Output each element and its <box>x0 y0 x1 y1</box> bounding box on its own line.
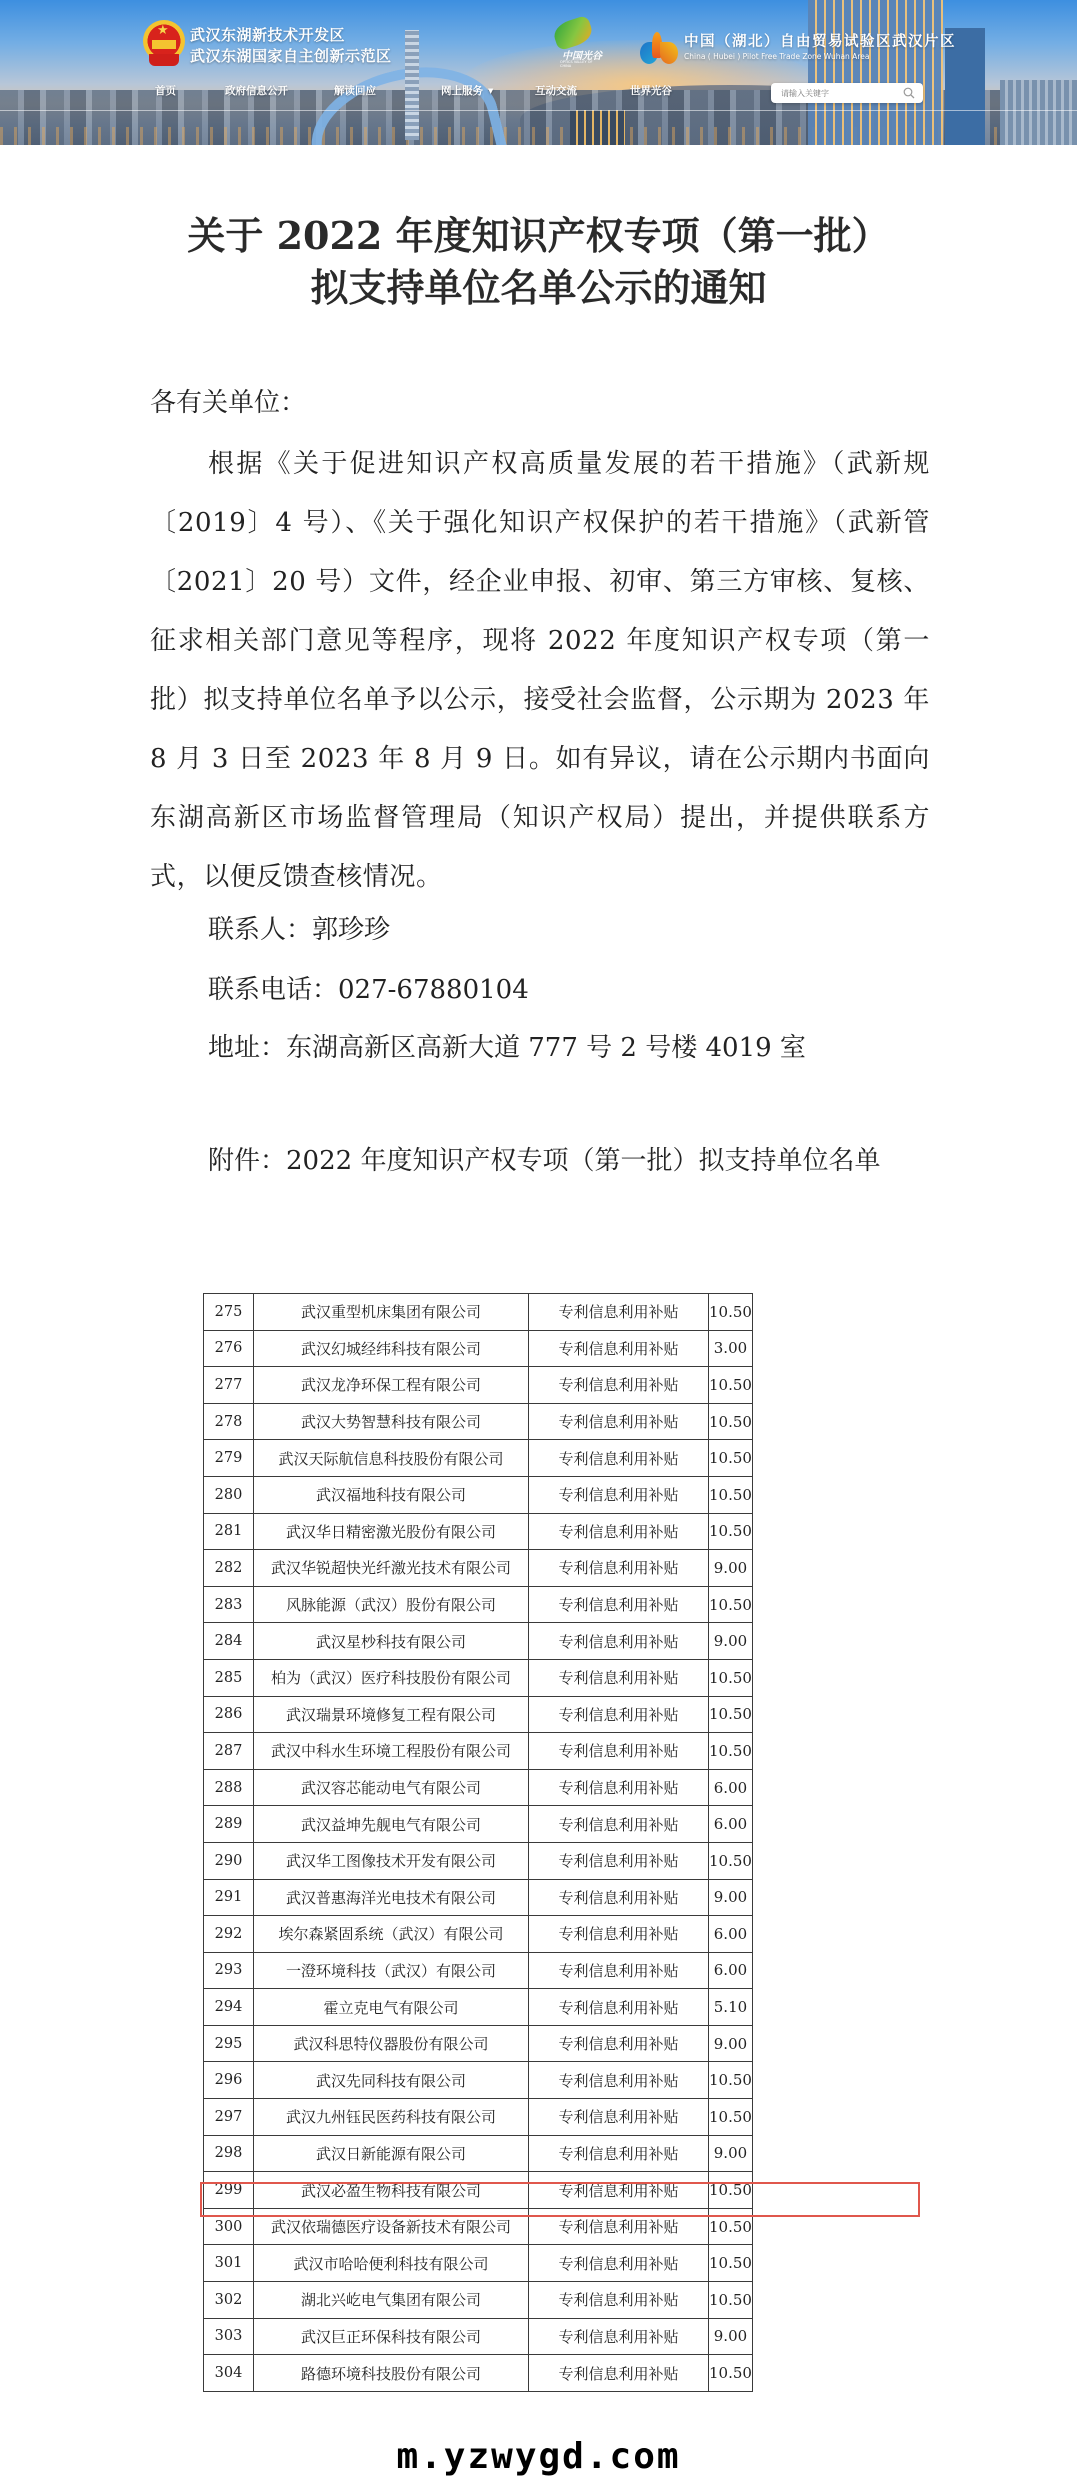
subsidy-type: 专利信息利用补贴 <box>529 2025 709 2062</box>
nav-item-online-services[interactable]: 网上服务▼ <box>441 83 493 98</box>
row-number: 277 <box>204 1367 254 1404</box>
company-name: 武汉日新能源有限公司 <box>254 2135 529 2172</box>
subsidy-type: 专利信息利用补贴 <box>529 1623 709 1660</box>
subsidy-type: 专利信息利用补贴 <box>529 1769 709 1806</box>
optics-valley-logo-icon[interactable]: 中国光谷 OPTICS VALLEY OF CHINA <box>548 12 604 66</box>
row-number: 297 <box>204 2099 254 2136</box>
company-name: 武汉华工图像技术开发有限公司 <box>254 1842 529 1879</box>
notice-body: 根据《关于促进知识产权高质量发展的若干措施》（武新规〔2019〕4 号）、《关于… <box>150 435 930 907</box>
table-row: 284武汉星杪科技有限公司专利信息利用补贴9.00 <box>204 1623 753 1660</box>
company-name: 武汉幻城经纬科技有限公司 <box>254 1330 529 1367</box>
table-row: 294霍立克电气有限公司专利信息利用补贴5.10 <box>204 1989 753 2026</box>
page-title-line1: 关于 2022 年度知识产权专项（第一批） <box>0 210 1077 262</box>
subsidy-type: 专利信息利用补贴 <box>529 1842 709 1879</box>
table-row: 292埃尔森紧固系统（武汉）有限公司专利信息利用补贴6.00 <box>204 1916 753 1953</box>
table-row: 297武汉九州钰民医药科技有限公司专利信息利用补贴10.50 <box>204 2099 753 2136</box>
subsidy-type: 专利信息利用补贴 <box>529 2172 709 2209</box>
subsidy-amount: 10.50 <box>709 2172 753 2209</box>
subsidy-amount: 10.50 <box>709 2208 753 2245</box>
table-row: 302湖北兴屹电气集团有限公司专利信息利用补贴10.50 <box>204 2282 753 2319</box>
company-name: 武汉重型机床集团有限公司 <box>254 1294 529 1331</box>
nav-item-home[interactable]: 首页 <box>155 83 176 98</box>
free-trade-zone-logo-icon[interactable] <box>640 32 678 64</box>
table-row: 293一澄环境科技（武汉）有限公司专利信息利用补贴6.00 <box>204 1952 753 1989</box>
row-number: 281 <box>204 1513 254 1550</box>
row-number: 284 <box>204 1623 254 1660</box>
table-row: 281武汉华日精密激光股份有限公司专利信息利用补贴10.50 <box>204 1513 753 1550</box>
table-row: 279武汉天际航信息科技股份有限公司专利信息利用补贴10.50 <box>204 1440 753 1477</box>
subsidy-amount: 10.50 <box>709 2245 753 2282</box>
table-row: 289武汉益坤先舰电气有限公司专利信息利用补贴6.00 <box>204 1806 753 1843</box>
ftz-title-cn: 中国（湖北）自由贸易试验区武汉片区 <box>684 33 956 51</box>
subsidy-type: 专利信息利用补贴 <box>529 1513 709 1550</box>
subsidy-amount: 6.00 <box>709 1916 753 1953</box>
nav-item-world-optics-valley[interactable]: 世界光谷 <box>630 83 672 98</box>
chevron-down-icon: ▼ <box>488 87 493 95</box>
company-name: 霍立克电气有限公司 <box>254 1989 529 2026</box>
contact-phone: 联系电话：027-67880104 <box>208 970 988 1010</box>
subsidy-type: 专利信息利用补贴 <box>529 2318 709 2355</box>
page-title-line2: 拟支持单位名单公示的通知 <box>0 262 1077 314</box>
site-header-banner: ★ 武汉东湖新技术开发区 武汉东湖国家自主创新示范区 中国光谷 OPTICS V… <box>0 0 1077 145</box>
subsidy-type: 专利信息利用补贴 <box>529 1586 709 1623</box>
company-name: 湖北兴屹电气集团有限公司 <box>254 2282 529 2319</box>
row-number: 295 <box>204 2025 254 2062</box>
company-name: 武汉科思特仪器股份有限公司 <box>254 2025 529 2062</box>
row-number: 289 <box>204 1806 254 1843</box>
subsidy-type: 专利信息利用补贴 <box>529 1733 709 1770</box>
table-row: 301武汉市哈哈便利科技有限公司专利信息利用补贴10.50 <box>204 2245 753 2282</box>
company-name: 埃尔森紧固系统（武汉）有限公司 <box>254 1916 529 1953</box>
subsidy-amount: 10.50 <box>709 2062 753 2099</box>
subsidy-amount: 9.00 <box>709 1879 753 1916</box>
row-number: 301 <box>204 2245 254 2282</box>
subsidy-amount: 9.00 <box>709 2025 753 2062</box>
row-number: 296 <box>204 2062 254 2099</box>
national-emblem-icon[interactable]: ★ <box>143 20 185 66</box>
company-name: 武汉必盈生物科技有限公司 <box>254 2172 529 2209</box>
subsidy-type: 专利信息利用补贴 <box>529 1659 709 1696</box>
building <box>1000 80 1077 145</box>
company-name: 武汉九州钰民医药科技有限公司 <box>254 2099 529 2136</box>
row-number: 275 <box>204 1294 254 1331</box>
subsidy-amount: 9.00 <box>709 2135 753 2172</box>
subsidy-amount: 10.50 <box>709 1586 753 1623</box>
attachment-note: 附件：2022 年度知识产权专项（第一批）拟支持单位名单 <box>208 1132 930 1190</box>
table-row: 291武汉普惠海洋光电技术有限公司专利信息利用补贴9.00 <box>204 1879 753 1916</box>
table-row: 298武汉日新能源有限公司专利信息利用补贴9.00 <box>204 2135 753 2172</box>
subsidy-type: 专利信息利用补贴 <box>529 1550 709 1587</box>
support-list-table: 275武汉重型机床集团有限公司专利信息利用补贴10.50276武汉幻城经纬科技有… <box>203 1293 753 2392</box>
site-title-line2: 武汉东湖国家自主创新示范区 <box>190 46 392 67</box>
subsidy-amount: 9.00 <box>709 1623 753 1660</box>
nav-divider <box>0 110 1077 111</box>
subsidy-type: 专利信息利用补贴 <box>529 1879 709 1916</box>
table-row: 283风脉能源（武汉）股份有限公司专利信息利用补贴10.50 <box>204 1586 753 1623</box>
subsidy-type: 专利信息利用补贴 <box>529 1367 709 1404</box>
row-number: 304 <box>204 2355 254 2392</box>
subsidy-type: 专利信息利用补贴 <box>529 2062 709 2099</box>
table-row: 303武汉巨正环保科技有限公司专利信息利用补贴9.00 <box>204 2318 753 2355</box>
row-number: 279 <box>204 1440 254 1477</box>
subsidy-amount: 9.00 <box>709 2318 753 2355</box>
company-name: 武汉福地科技有限公司 <box>254 1476 529 1513</box>
row-number: 290 <box>204 1842 254 1879</box>
row-number: 298 <box>204 2135 254 2172</box>
subsidy-amount: 10.50 <box>709 2282 753 2319</box>
subsidy-type: 专利信息利用补贴 <box>529 2355 709 2392</box>
subsidy-type: 专利信息利用补贴 <box>529 2099 709 2136</box>
company-name: 风脉能源（武汉）股份有限公司 <box>254 1586 529 1623</box>
search-input[interactable] <box>781 85 896 101</box>
company-name: 一澄环境科技（武汉）有限公司 <box>254 1952 529 1989</box>
table-row: 304路德环境科技股份有限公司专利信息利用补贴10.50 <box>204 2355 753 2392</box>
row-number: 292 <box>204 1916 254 1953</box>
subsidy-amount: 6.00 <box>709 1769 753 1806</box>
row-number: 299 <box>204 2172 254 2209</box>
company-name: 武汉益坤先舰电气有限公司 <box>254 1806 529 1843</box>
subsidy-type: 专利信息利用补贴 <box>529 2245 709 2282</box>
nav-item-interaction[interactable]: 互动交流 <box>535 83 577 98</box>
subsidy-type: 专利信息利用补贴 <box>529 1696 709 1733</box>
company-name: 武汉瑞景环境修复工程有限公司 <box>254 1696 529 1733</box>
company-name: 武汉华锐超快光纤激光技术有限公司 <box>254 1550 529 1587</box>
subsidy-type: 专利信息利用补贴 <box>529 1916 709 1953</box>
subsidy-amount: 6.00 <box>709 1806 753 1843</box>
company-name: 武汉依瑞德医疗设备新技术有限公司 <box>254 2208 529 2245</box>
row-number: 302 <box>204 2282 254 2319</box>
row-number: 283 <box>204 1586 254 1623</box>
contact-address: 地址：东湖高新区高新大道 777 号 2 号楼 4019 室 <box>208 1028 988 1068</box>
table-row: 285柏为（武汉）医疗科技股份有限公司专利信息利用补贴10.50 <box>204 1659 753 1696</box>
salutation: 各有关单位： <box>150 383 930 423</box>
company-name: 武汉中科水生环境工程股份有限公司 <box>254 1733 529 1770</box>
optics-valley-logo-subtext: OPTICS VALLEY OF CHINA <box>560 60 604 68</box>
table-row: 280武汉福地科技有限公司专利信息利用补贴10.50 <box>204 1476 753 1513</box>
subsidy-amount: 10.50 <box>709 1476 753 1513</box>
subsidy-amount: 3.00 <box>709 1330 753 1367</box>
company-name: 武汉大势智慧科技有限公司 <box>254 1403 529 1440</box>
subsidy-type: 专利信息利用补贴 <box>529 1476 709 1513</box>
subsidy-amount: 10.50 <box>709 1403 753 1440</box>
table-row: 277武汉龙净环保工程有限公司专利信息利用补贴10.50 <box>204 1367 753 1404</box>
nav-item-gov-info[interactable]: 政府信息公开 <box>225 83 288 98</box>
company-name: 武汉普惠海洋光电技术有限公司 <box>254 1879 529 1916</box>
attachment-title: 2022 年度知识产权专项（第一批）拟支持单位名单 <box>286 1146 880 1176</box>
row-number: 294 <box>204 1989 254 2026</box>
row-number: 286 <box>204 1696 254 1733</box>
subsidy-type: 专利信息利用补贴 <box>529 1330 709 1367</box>
ftz-title-en: China ( Hubei ) Pilot Free Trade Zone Wu… <box>684 51 956 62</box>
company-name: 武汉先同科技有限公司 <box>254 2062 529 2099</box>
row-number: 293 <box>204 1952 254 1989</box>
subsidy-amount: 10.50 <box>709 1842 753 1879</box>
subsidy-amount: 10.50 <box>709 2355 753 2392</box>
subsidy-type: 专利信息利用补贴 <box>529 2208 709 2245</box>
search-box <box>771 83 923 103</box>
table-row: 286武汉瑞景环境修复工程有限公司专利信息利用补贴10.50 <box>204 1696 753 1733</box>
table-row: 282武汉华锐超快光纤激光技术有限公司专利信息利用补贴9.00 <box>204 1550 753 1587</box>
row-number: 303 <box>204 2318 254 2355</box>
company-name: 武汉容芯能动电气有限公司 <box>254 1769 529 1806</box>
table-row: 275武汉重型机床集团有限公司专利信息利用补贴10.50 <box>204 1294 753 1331</box>
subsidy-type: 专利信息利用补贴 <box>529 2282 709 2319</box>
subsidy-amount: 10.50 <box>709 1733 753 1770</box>
table-row: 276武汉幻城经纬科技有限公司专利信息利用补贴3.00 <box>204 1330 753 1367</box>
contact-person: 联系人：郭珍珍 <box>208 910 988 950</box>
company-name: 武汉市哈哈便利科技有限公司 <box>254 2245 529 2282</box>
site-title-line1: 武汉东湖新技术开发区 <box>190 25 392 46</box>
company-name: 武汉星杪科技有限公司 <box>254 1623 529 1660</box>
subsidy-amount: 10.50 <box>709 1696 753 1733</box>
search-icon[interactable] <box>903 87 915 99</box>
subsidy-type: 专利信息利用补贴 <box>529 1294 709 1331</box>
subsidy-amount: 10.50 <box>709 2099 753 2136</box>
row-number: 300 <box>204 2208 254 2245</box>
nav-item-interpretation[interactable]: 解读回应 <box>334 83 376 98</box>
row-number: 276 <box>204 1330 254 1367</box>
subsidy-amount: 6.00 <box>709 1952 753 1989</box>
row-number: 288 <box>204 1769 254 1806</box>
subsidy-type: 专利信息利用补贴 <box>529 1952 709 1989</box>
table-row-highlighted: 299武汉必盈生物科技有限公司专利信息利用补贴10.50 <box>204 2172 753 2209</box>
company-name: 路德环境科技股份有限公司 <box>254 2355 529 2392</box>
company-name: 武汉华日精密激光股份有限公司 <box>254 1513 529 1550</box>
row-number: 291 <box>204 1879 254 1916</box>
subsidy-amount: 10.50 <box>709 1294 753 1331</box>
attachment-label: 附件： <box>208 1146 286 1176</box>
site-title[interactable]: 武汉东湖新技术开发区 武汉东湖国家自主创新示范区 <box>190 25 392 67</box>
row-number: 280 <box>204 1476 254 1513</box>
page-title: 关于 2022 年度知识产权专项（第一批） 拟支持单位名单公示的通知 <box>0 210 1077 314</box>
company-name: 武汉龙净环保工程有限公司 <box>254 1367 529 1404</box>
building <box>570 110 625 145</box>
subsidy-type: 专利信息利用补贴 <box>529 1806 709 1843</box>
company-name: 柏为（武汉）医疗科技股份有限公司 <box>254 1659 529 1696</box>
subsidy-type: 专利信息利用补贴 <box>529 2135 709 2172</box>
subsidy-type: 专利信息利用补贴 <box>529 1989 709 2026</box>
subsidy-type: 专利信息利用补贴 <box>529 1403 709 1440</box>
subsidy-amount: 5.10 <box>709 1989 753 2026</box>
subsidy-amount: 10.50 <box>709 1367 753 1404</box>
building <box>808 0 943 145</box>
table-row: 287武汉中科水生环境工程股份有限公司专利信息利用补贴10.50 <box>204 1733 753 1770</box>
free-trade-zone-title[interactable]: 中国（湖北）自由贸易试验区武汉片区 China ( Hubei ) Pilot … <box>684 33 956 62</box>
subsidy-amount: 9.00 <box>709 1550 753 1587</box>
row-number: 282 <box>204 1550 254 1587</box>
table-row: 278武汉大势智慧科技有限公司专利信息利用补贴10.50 <box>204 1403 753 1440</box>
table-row: 290武汉华工图像技术开发有限公司专利信息利用补贴10.50 <box>204 1842 753 1879</box>
subsidy-amount: 10.50 <box>709 1440 753 1477</box>
row-number: 285 <box>204 1659 254 1696</box>
main-nav: 首页 政府信息公开 解读回应 网上服务▼ 互动交流 世界光谷 <box>0 83 760 103</box>
subsidy-amount: 10.50 <box>709 1659 753 1696</box>
subsidy-type: 专利信息利用补贴 <box>529 1440 709 1477</box>
table-row: 295武汉科思特仪器股份有限公司专利信息利用补贴9.00 <box>204 2025 753 2062</box>
company-name: 武汉巨正环保科技有限公司 <box>254 2318 529 2355</box>
watermark: m.yzwygd.com <box>0 2436 1077 2477</box>
table-row: 300武汉依瑞德医疗设备新技术有限公司专利信息利用补贴10.50 <box>204 2208 753 2245</box>
table-row: 288武汉容芯能动电气有限公司专利信息利用补贴6.00 <box>204 1769 753 1806</box>
row-number: 278 <box>204 1403 254 1440</box>
table-row: 296武汉先同科技有限公司专利信息利用补贴10.50 <box>204 2062 753 2099</box>
company-name: 武汉天际航信息科技股份有限公司 <box>254 1440 529 1477</box>
row-number: 287 <box>204 1733 254 1770</box>
subsidy-amount: 10.50 <box>709 1513 753 1550</box>
